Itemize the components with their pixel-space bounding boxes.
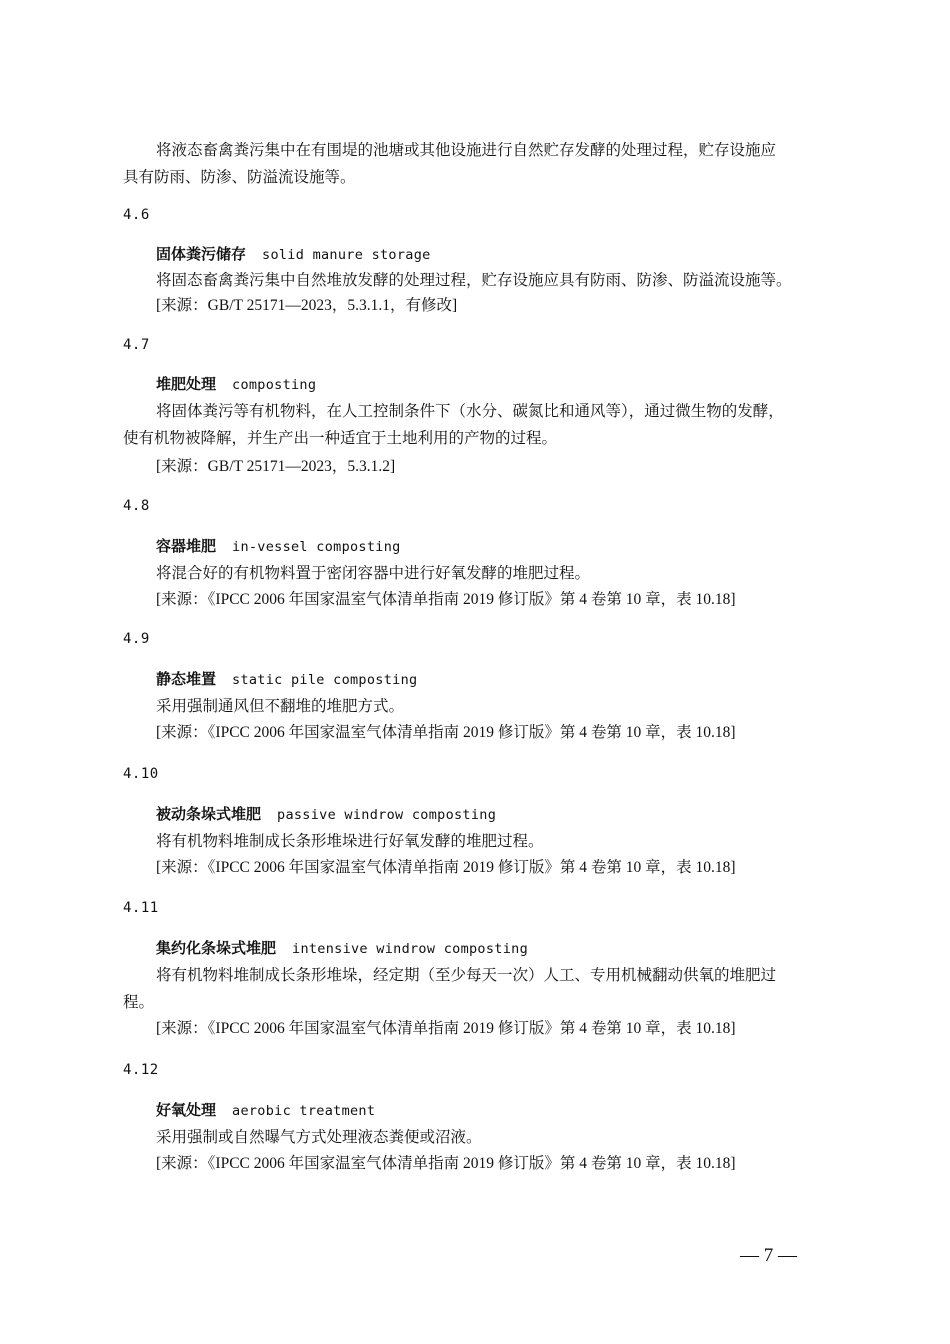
term-en: passive windrow composting bbox=[277, 807, 496, 823]
term-zh: 集约化条垛式堆肥 bbox=[156, 939, 276, 957]
definition-line: 将有机物料堆制成长条形堆垛进行好氧发酵的堆肥过程。 bbox=[156, 831, 544, 851]
term-heading: 好氧处理aerobic treatment bbox=[156, 1100, 375, 1121]
term-heading: 堆肥处理composting bbox=[156, 374, 316, 395]
document-page: 将液态畜禽粪污集中在有围堤的池塘或其他设施进行自然贮存发酵的处理过程，贮存设施应… bbox=[0, 0, 950, 1344]
term-heading: 容器堆肥in-vessel composting bbox=[156, 536, 401, 557]
term-heading: 集约化条垛式堆肥intensive windrow composting bbox=[156, 938, 528, 959]
source-citation: [来源：GB/T 25171—2023，5.3.1.1，有修改] bbox=[156, 296, 457, 316]
term-heading: 静态堆置static pile composting bbox=[156, 669, 417, 690]
intro-line-1: 将液态畜禽粪污集中在有围堤的池塘或其他设施进行自然贮存发酵的处理过程，贮存设施应 bbox=[156, 140, 776, 160]
entry-number: 4.9 bbox=[123, 629, 150, 649]
definition-line: 程。 bbox=[123, 992, 154, 1012]
source-citation: [来源：《IPCC 2006 年国家温室气体清单指南 2019 修订版》第 4 … bbox=[156, 1154, 736, 1174]
term-en: composting bbox=[232, 377, 316, 393]
definition-line: 采用强制或自然曝气方式处理液态粪便或沼液。 bbox=[156, 1127, 482, 1147]
source-citation: [来源：《IPCC 2006 年国家温室气体清单指南 2019 修订版》第 4 … bbox=[156, 858, 736, 878]
source-citation: [来源：《IPCC 2006 年国家温室气体清单指南 2019 修订版》第 4 … bbox=[156, 723, 736, 743]
term-en: in-vessel composting bbox=[232, 539, 401, 555]
term-zh: 堆肥处理 bbox=[156, 375, 216, 393]
entry-number: 4.10 bbox=[123, 764, 159, 784]
term-heading: 被动条垛式堆肥passive windrow composting bbox=[156, 804, 496, 825]
term-en: solid manure storage bbox=[262, 247, 431, 263]
source-citation: [来源：《IPCC 2006 年国家温室气体清单指南 2019 修订版》第 4 … bbox=[156, 590, 736, 610]
term-en: static pile composting bbox=[232, 672, 417, 688]
definition-line: 将混合好的有机物料置于密闭容器中进行好氧发酵的堆肥过程。 bbox=[156, 563, 590, 583]
term-zh: 固体粪污储存 bbox=[156, 245, 246, 263]
definition-line: 将有机物料堆制成长条形堆垛，经定期（至少每天一次）人工、专用机械翻动供氧的堆肥过 bbox=[156, 965, 776, 985]
term-en: aerobic treatment bbox=[232, 1103, 375, 1119]
entry-number: 4.6 bbox=[123, 205, 150, 225]
term-zh: 容器堆肥 bbox=[156, 537, 216, 555]
entry-number: 4.8 bbox=[123, 496, 150, 516]
term-zh: 被动条垛式堆肥 bbox=[156, 805, 261, 823]
source-citation: [来源：《IPCC 2006 年国家温室气体清单指南 2019 修订版》第 4 … bbox=[156, 1019, 736, 1039]
page-number: — 7 — bbox=[740, 1244, 797, 1268]
definition-line: 采用强制通风但不翻堆的堆肥方式。 bbox=[156, 696, 404, 716]
entry-number: 4.11 bbox=[123, 898, 159, 918]
entry-number: 4.7 bbox=[123, 335, 150, 355]
term-zh: 好氧处理 bbox=[156, 1101, 216, 1119]
definition-line: 将固态畜禽粪污集中自然堆放发酵的处理过程，贮存设施应具有防雨、防渗、防溢流设施等… bbox=[156, 270, 792, 290]
term-heading: 固体粪污储存solid manure storage bbox=[156, 244, 431, 265]
definition-line: 将固体粪污等有机物料，在人工控制条件下（水分、碳氮比和通风等），通过微生物的发酵… bbox=[156, 401, 784, 421]
source-citation: [来源：GB/T 25171—2023，5.3.1.2] bbox=[156, 457, 395, 477]
entry-number: 4.12 bbox=[123, 1060, 159, 1080]
intro-line-2: 具有防雨、防渗、防溢流设施等。 bbox=[123, 167, 356, 187]
definition-line: 使有机物被降解，并生产出一种适宜于土地利用的产物的过程。 bbox=[123, 428, 557, 448]
term-zh: 静态堆置 bbox=[156, 670, 216, 688]
term-en: intensive windrow composting bbox=[292, 941, 528, 957]
